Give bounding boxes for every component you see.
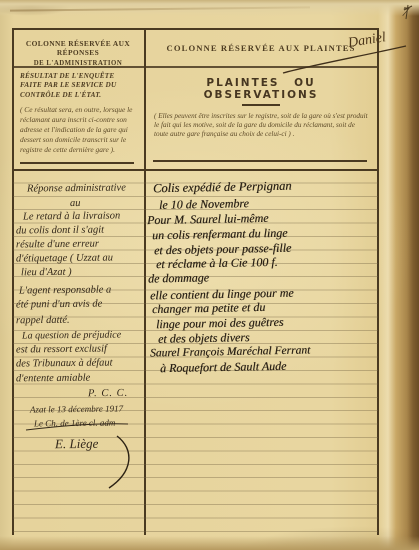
register-page: COLONNE RÉSERVÉE AUX RÉPONSES DE L'ADMIN… (0, 0, 419, 550)
handwritten-line: et réclame à la Cie 100 f. (156, 255, 278, 272)
complaints-column-header: COLONNE RÉSERVÉE AUX PLAINTES (145, 30, 377, 66)
handwritten-line: L'agent responsable a (19, 285, 111, 297)
handwritten-line: rappel datté. (16, 315, 70, 327)
plaintes-section: PLAINTES OU OBSERVATIONS ( Elles peuvent… (145, 68, 377, 169)
handwritten-line: Réponse administrative (27, 182, 126, 194)
handwritten-line: Le retard à la livraison (23, 210, 120, 222)
handwritten-line: La question de préjudice (22, 329, 121, 341)
handwritten-line: Azat le 13 décembre 1917 (30, 404, 123, 415)
handwritten-line: Colis expédié de Perpignan (153, 179, 292, 197)
signature: E. Liège (55, 436, 98, 452)
handwritten-line: Le Ch. de 1ère cl. adm (34, 418, 116, 429)
inquiry-result-section: RÉSULTAT DE L'ENQUÊTE FAITE PAR LE SERVI… (13, 68, 143, 169)
right-section-rule (153, 160, 367, 162)
handwritten-line: P. C. C. (88, 388, 128, 399)
handwritten-line: d'étiquetage ( Uzzat au (16, 252, 113, 264)
page-corner-mark: 7 (401, 4, 410, 21)
left-section-rule (20, 162, 134, 164)
admin-column-title-line2: DE L'ADMINISTRATION (13, 60, 143, 67)
admin-column-title-line1: COLONNE RÉSERVÉE AUX RÉPONSES (13, 39, 143, 57)
handwritten-line: résulte d'une erreur (16, 239, 99, 251)
handwritten-line: d'entente amiable (16, 373, 90, 385)
handwritten-line: été puni d'un avis de (16, 299, 102, 311)
handwritten-line: et des objets divers (158, 330, 250, 347)
handwritten-line: des Tribunaux à défaut (16, 357, 113, 369)
inquiry-result-note: ( Ce résultat sera, en outre, lorsque le… (20, 105, 137, 155)
handwritten-line: de dommage (148, 270, 209, 286)
handwritten-line: le 10 de Novembre (159, 196, 249, 213)
plaintes-note: ( Elles peuvent être inscrites sur le re… (145, 112, 377, 140)
plaintes-heading: PLAINTES OU OBSERVATIONS (145, 77, 377, 101)
handwritten-line: linge pour moi des guêtres (156, 315, 284, 332)
handwritten-line: à Roquefort de Sault Aude (160, 359, 287, 376)
handwritten-line: au (70, 198, 81, 209)
plaintes-heading-underline (242, 104, 280, 106)
handwritten-line: lieu d'Azat ) (21, 267, 72, 279)
inquiry-result-title: RÉSULTAT DE L'ENQUÊTE FAITE PAR LE SERVI… (20, 72, 137, 100)
bottom-shadow (0, 536, 419, 550)
handwritten-line: du colis dont il s'agit (16, 225, 104, 237)
handwritten-line: est du ressort exclusif (16, 344, 107, 356)
admin-column-header: COLONNE RÉSERVÉE AUX RÉPONSES DE L'ADMIN… (13, 30, 143, 66)
